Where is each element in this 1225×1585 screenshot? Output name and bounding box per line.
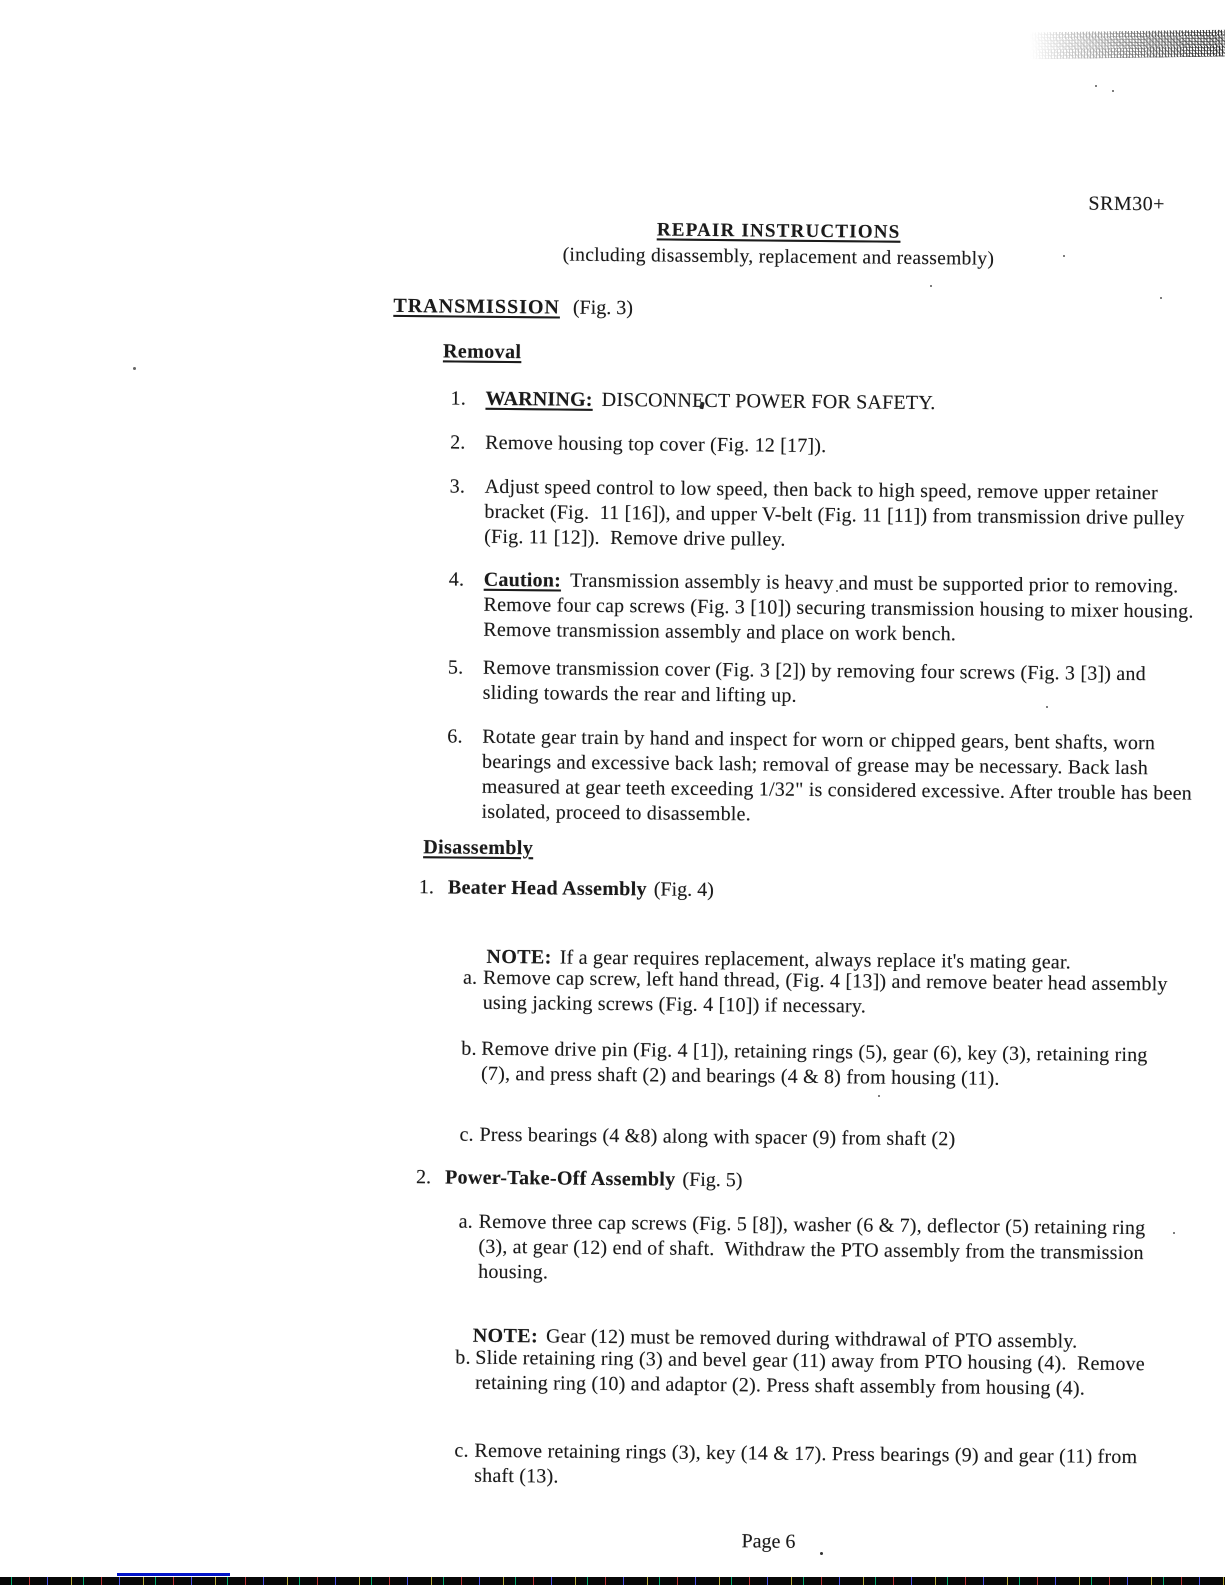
- removal-item-1: 1. WARNING:DISCONNECT POWER FOR SAFETY.: [450, 386, 1205, 418]
- item-number: 2.: [450, 430, 485, 455]
- section-title-fig: (Fig. 4): [654, 877, 714, 903]
- removal-item-4: 4. Caution:Transmission assembly is heav…: [448, 567, 1204, 649]
- scan-dot: [1063, 255, 1065, 257]
- page-number: Page 6: [741, 1530, 795, 1554]
- scan-smudge-artifact: [1030, 30, 1225, 60]
- scan-dot: [1046, 706, 1048, 708]
- section-number: 2.: [416, 1165, 445, 1190]
- stray-ink-line: [117, 1573, 230, 1576]
- item-body: Adjust speed control to low speed, then …: [484, 475, 1205, 557]
- step-letter: c.: [454, 1439, 474, 1489]
- scan-dot: [133, 367, 136, 370]
- scan-dot: [1173, 1232, 1175, 1234]
- item-number: 5.: [448, 655, 483, 705]
- removal-item-3: 3. Adjust speed control to low speed, th…: [449, 474, 1205, 556]
- step-1b: b. Remove drive pin (Fig. 4 [1]), retain…: [461, 1037, 1181, 1094]
- document-page: SRM30+ REPAIR INSTRUCTIONS (including di…: [0, 0, 1225, 1585]
- item-body: Transmission assembly is heavy and must …: [483, 570, 1204, 646]
- scan-dot: [930, 285, 932, 287]
- step-text: Press bearings (4 &8) along with spacer …: [479, 1123, 1179, 1155]
- title-block: REPAIR INSTRUCTIONS (including disassemb…: [0, 213, 1225, 273]
- disassembly-heading: Disassembly: [423, 836, 533, 860]
- scan-dot: [836, 590, 838, 592]
- step-text: Slide retaining ring (3) and bevel gear …: [475, 1346, 1175, 1403]
- scan-dot: [878, 1095, 880, 1097]
- step-2c: c. Remove retaining rings (3), key (14 &…: [454, 1439, 1174, 1496]
- scan-dot: [1112, 90, 1114, 92]
- item-body: Remove housing top cover (Fig. 12 [17]).: [485, 431, 1205, 463]
- section-heading-fig: (Fig. 3): [573, 297, 633, 320]
- item-number: 6.: [446, 724, 482, 824]
- step-letter: b.: [461, 1037, 481, 1087]
- step-letter: a.: [463, 966, 483, 1016]
- note-label: NOTE:: [473, 1325, 539, 1348]
- item-text: WARNING:DISCONNECT POWER FOR SAFETY.: [485, 387, 1205, 419]
- step-2a: a. Remove three cap screws (Fig. 5 [8]),…: [458, 1210, 1179, 1292]
- section-title-text: Beater Head Assembly: [448, 875, 647, 902]
- step-text: Remove drive pin (Fig. 4 [1]), retaining…: [481, 1037, 1181, 1094]
- item-body: Remove transmission cover (Fig. 3 [2]) b…: [483, 656, 1203, 713]
- step-letter: b.: [455, 1346, 475, 1396]
- scan-dot: [1160, 297, 1162, 299]
- warning-label: WARNING:: [485, 388, 592, 411]
- section-title-fig: (Fig. 5): [682, 1168, 742, 1194]
- section-title-text: Power-Take-Off Assembly: [445, 1165, 676, 1192]
- scan-skew-layer: SRM30+ REPAIR INSTRUCTIONS (including di…: [0, 0, 1225, 1585]
- scan-dot: [1095, 85, 1097, 87]
- doc-title: REPAIR INSTRUCTIONS: [332, 216, 1225, 247]
- step-text: Remove cap screw, left hand thread, (Fig…: [483, 966, 1183, 1023]
- step-letter: a.: [458, 1210, 479, 1285]
- item-text: Caution:Transmission assembly is heavy a…: [483, 568, 1204, 650]
- caution-label: Caution:: [484, 569, 561, 592]
- step-text: Remove retaining rings (3), key (14 & 17…: [474, 1439, 1174, 1496]
- scan-edge-band: [0, 1577, 1225, 1585]
- section-heading-text: TRANSMISSION: [393, 295, 560, 319]
- disassembly-section-1-title: 1. Beater Head Assembly (Fig. 4): [419, 875, 714, 903]
- item-number: 3.: [449, 474, 485, 549]
- scan-dot: [820, 1552, 823, 1555]
- removal-item-6: 6. Rotate gear train by hand and inspect…: [446, 724, 1202, 831]
- step-2b: b. Slide retaining ring (3) and bevel ge…: [455, 1346, 1175, 1403]
- item-body: Rotate gear train by hand and inspect fo…: [481, 725, 1202, 832]
- item-number: 4.: [448, 567, 484, 642]
- section-heading-transmission: TRANSMISSION (Fig. 3): [393, 295, 633, 320]
- removal-heading: Removal: [443, 340, 522, 364]
- item-body: DISCONNECT POWER FOR SAFETY.: [602, 389, 936, 414]
- step-1c: c. Press bearings (4 &8) along with spac…: [459, 1123, 1179, 1155]
- doc-subtitle: (including disassembly, replacement and …: [332, 242, 1225, 273]
- doc-code: SRM30+: [1088, 193, 1165, 217]
- section-number: 1.: [419, 875, 448, 900]
- step-1a: a. Remove cap screw, left hand thread, (…: [463, 966, 1183, 1023]
- step-text: Remove three cap screws (Fig. 5 [8]), wa…: [478, 1210, 1179, 1292]
- disassembly-section-2-title: 2. Power-Take-Off Assembly (Fig. 5): [416, 1165, 743, 1193]
- step-letter: c.: [459, 1123, 479, 1148]
- item-number: 1.: [450, 386, 485, 411]
- removal-item-2: 2. Remove housing top cover (Fig. 12 [17…: [450, 430, 1205, 462]
- removal-item-5: 5. Remove transmission cover (Fig. 3 [2]…: [448, 655, 1203, 712]
